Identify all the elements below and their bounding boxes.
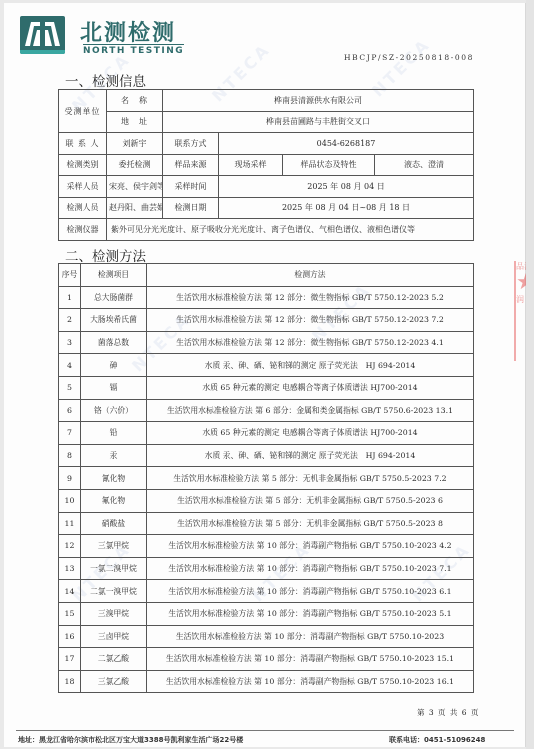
row-method: 生活饮用水标准检验方法 第 6 部分：金属和类金属指标 GB/T 5750.6-… [147,399,474,422]
table-row: 15三溴甲烷生活饮用水标准检验方法 第 10 部分：消毒副产物指标 GB/T 5… [59,602,474,625]
category-label: 检测类别 [59,154,107,176]
contact-value: 刘新宇 [107,133,163,155]
company-name-en: NORTH TESTING [83,44,184,56]
row-method: 生活饮用水标准检验方法 第 5 部分：无机非金属指标 GB/T 5750.5-2… [147,489,474,512]
row-item: 硝酸盐 [81,512,147,535]
state-label: 样品状态及特性 [283,154,375,176]
row-method: 生活饮用水标准检验方法 第 5 部分：无机非金属指标 GB/T 5750.5-2… [147,512,474,535]
row-item: 砷 [81,354,147,377]
row-no: 12 [59,535,81,558]
row-no: 3 [59,331,81,354]
row-method: 生活饮用水标准检验方法 第 10 部分：消毒副产物指标 GB/T 5750.10… [147,648,474,671]
row-item: 二氯一溴甲烷 [81,580,147,603]
row-item: 大肠埃希氏菌 [81,309,147,332]
row-no: 2 [59,309,81,332]
row-no: 9 [59,467,81,490]
table-row: 2大肠埃希氏菌生活饮用水标准检验方法 第 12 部分：微生物指标 GB/T 57… [59,309,474,332]
info-table: 受测单位 名 称 桦南县清源供水有限公司 地 址 桦南县苗圃路与丰胜街交叉口 联… [58,89,474,241]
row-no: 10 [59,489,81,512]
table-row: 17二氯乙酸生活饮用水标准检验方法 第 10 部分：消毒副产物指标 GB/T 5… [59,648,474,671]
row-no: 8 [59,444,81,467]
row-item: 三卤甲烷 [81,625,147,648]
company-name-cn: 北测检测 [80,16,176,47]
table-header-row: 序号 检测项目 检测方法 [59,264,474,287]
report-page: NTECA NTECA NTECA NTECA NTECA NTECA NTEC… [4,3,526,747]
report-number: HBCJP/SZ-20250818-008 [344,53,474,62]
table-row: 10氟化物生活饮用水标准检验方法 第 5 部分：无机非金属指标 GB/T 575… [59,489,474,512]
section-title-methods: 二、检测方法 [65,245,146,265]
table-row: 11硝酸盐生活饮用水标准检验方法 第 5 部分：无机非金属指标 GB/T 575… [59,512,474,535]
row-no: 13 [59,557,81,580]
row-method: 水质 汞、砷、硒、铋和锑的测定 原子荧光法 HJ 694-2014 [147,354,474,377]
section-title-info: 一、检测信息 [65,70,146,90]
row-method: 水质 65 种元素的测定 电感耦合等离子体质谱法 HJ700-2014 [147,376,474,399]
address-value: 桦南县苗圃路与丰胜街交叉口 [163,111,474,133]
phone-label: 联系方式 [163,133,219,155]
row-item: 氟化物 [81,489,147,512]
contact-label: 联 系 人 [59,133,107,155]
table-row: 14二氯一溴甲烷生活饮用水标准检验方法 第 10 部分：消毒副产物指标 GB/T… [59,580,474,603]
row-item: 三溴甲烷 [81,602,147,625]
row-no: 4 [59,354,81,377]
table-row: 5镉水质 65 种元素的测定 电感耦合等离子体质谱法 HJ700-2014 [59,376,474,399]
row-method: 生活饮用水标准检验方法 第 10 部分：消毒副产物指标 GB/T 5750.10… [147,557,474,580]
sampler-label: 采样人员 [59,176,107,198]
row-method: 生活饮用水标准检验方法 第 10 部分：消毒副产物指标 GB/T 5750.10… [147,602,474,625]
row-method: 生活饮用水标准检验方法 第 12 部分：微生物指标 GB/T 5750.12-2… [147,286,474,309]
table-row: 12三氯甲烷生活饮用水标准检验方法 第 10 部分：消毒副产物指标 GB/T 5… [59,535,474,558]
row-method: 生活饮用水标准检验方法 第 10 部分：消毒副产物指标 GB/T 5750.10… [147,535,474,558]
row-no: 6 [59,399,81,422]
row-item: 铅 [81,422,147,445]
table-row: 9氰化物生活饮用水标准检验方法 第 5 部分：无机非金属指标 GB/T 5750… [59,467,474,490]
tester-label: 检测人员 [59,197,107,219]
row-no: 7 [59,422,81,445]
table-row: 检测仪器 紫外可见分光光度计、原子吸收分光光度计、离子色谱仪、气相色谱仪、液相色… [59,219,474,241]
row-no: 14 [59,580,81,603]
table-row: 7铅水质 65 种元素的测定 电感耦合等离子体质谱法 HJ700-2014 [59,422,474,445]
footer-phone: 联系电话：0451-51096248 [389,735,485,745]
row-method: 生活饮用水标准检验方法 第 12 部分：微生物指标 GB/T 5750.12-2… [147,331,474,354]
source-label: 样品来源 [163,154,219,176]
row-item: 二氯乙酸 [81,648,147,671]
sample-time-label: 采样时间 [163,176,219,198]
sampler-value: 宋亮、侯宇剑等 [107,176,163,198]
address-label: 地 址 [107,111,163,133]
row-method: 生活饮用水标准检验方法 第 10 部分：消毒副产物指标 GB/T 5750.10… [147,670,474,693]
sample-time-value: 2025 年 08 月 04 日 [219,176,474,198]
table-row: 采样人员 宋亮、侯宇剑等 采样时间 2025 年 08 月 04 日 [59,176,474,198]
table-row: 6铬（六价）生活饮用水标准检验方法 第 6 部分：金属和类金属指标 GB/T 5… [59,399,474,422]
table-row: 联 系 人 刘新宇 联系方式 0454-6268187 [59,133,474,155]
table-row: 16三卤甲烷生活饮用水标准检验方法 第 10 部分：消毒副产物指标 GB/T 5… [59,625,474,648]
table-row: 地 址 桦南县苗圃路与丰胜街交叉口 [59,111,474,133]
name-value: 桦南县清源供水有限公司 [163,90,474,112]
row-item: 一氯二溴甲烷 [81,557,147,580]
row-no: 1 [59,286,81,309]
table-row: 13一氯二溴甲烷生活饮用水标准检验方法 第 10 部分：消毒副产物指标 GB/T… [59,557,474,580]
table-row: 检测人员 赵丹阳、曲芸婿等 检测日期 2025 年 08 月 04 日~08 月… [59,197,474,219]
instrument-value: 紫外可见分光光度计、原子吸收分光光度计、离子色谱仪、气相色谱仪、液相色谱仪等 [107,219,474,241]
client-unit-label: 受测单位 [59,90,107,133]
row-item: 氰化物 [81,467,147,490]
row-item: 三氯乙酸 [81,670,147,693]
row-method: 生活饮用水标准检验方法 第 10 部分：消毒副产物指标 GB/T 5750.10… [147,580,474,603]
row-no: 16 [59,625,81,648]
table-row: 检测类别 委托检测 样品来源 现场采样 样品状态及特性 液态、澄清 [59,154,474,176]
row-item: 镉 [81,376,147,399]
source-value: 现场采样 [219,154,283,176]
row-method: 生活饮用水标准检验方法 第 12 部分：微生物指标 GB/T 5750.12-2… [147,309,474,332]
footer-divider [16,730,514,731]
category-value: 委托检测 [107,154,163,176]
row-item: 三氯甲烷 [81,535,147,558]
footer-address: 地址：黑龙江省哈尔滨市松北区万宝大道3388号凯利家生活广场22号楼 [18,735,243,745]
table-row: 受测单位 名 称 桦南县清源供水有限公司 [59,90,474,112]
table-row: 8汞水质 汞、砷、硒、铋和锑的测定 原子荧光法 HJ 694-2014 [59,444,474,467]
row-no: 18 [59,670,81,693]
column-header-item: 检测项目 [81,264,147,287]
column-header-no: 序号 [59,264,81,287]
phone-value: 0454-6268187 [219,133,474,155]
company-logo-icon [20,16,65,54]
table-row: 4砷水质 汞、砷、硒、铋和锑的测定 原子荧光法 HJ 694-2014 [59,354,474,377]
name-label: 名 称 [107,90,163,112]
test-date-label: 检测日期 [163,197,219,219]
state-value: 液态、澄清 [375,154,474,176]
row-item: 铬（六价） [81,399,147,422]
row-no: 11 [59,512,81,535]
instrument-label: 检测仪器 [59,219,107,241]
row-item: 总大肠菌群 [81,286,147,309]
row-item: 菌落总数 [81,331,147,354]
row-method: 生活饮用水标准检验方法 第 10 部分：消毒副产物指标 GB/T 5750.10… [147,625,474,648]
row-item: 汞 [81,444,147,467]
table-row: 1总大肠菌群生活饮用水标准检验方法 第 12 部分：微生物指标 GB/T 575… [59,286,474,309]
row-method: 水质 汞、砷、硒、铋和锑的测定 原子荧光法 HJ 694-2014 [147,444,474,467]
row-no: 15 [59,602,81,625]
table-row: 3菌落总数生活饮用水标准检验方法 第 12 部分：微生物指标 GB/T 5750… [59,331,474,354]
column-header-method: 检测方法 [147,264,474,287]
row-no: 5 [59,376,81,399]
tester-value: 赵丹阳、曲芸婿等 [107,197,163,219]
test-date-value: 2025 年 08 月 04 日~08 月 18 日 [219,197,474,219]
row-no: 17 [59,648,81,671]
methods-table: 序号 检测项目 检测方法 1总大肠菌群生活饮用水标准检验方法 第 12 部分：微… [58,263,474,693]
page-number: 第 3 页 共 6 页 [417,707,479,718]
row-method: 水质 65 种元素的测定 电感耦合等离子体质谱法 HJ700-2014 [147,422,474,445]
viewer-scrollbar[interactable] [526,0,534,749]
table-row: 18三氯乙酸生活饮用水标准检验方法 第 10 部分：消毒副产物指标 GB/T 5… [59,670,474,693]
row-method: 生活饮用水标准检验方法 第 5 部分：无机非金属指标 GB/T 5750.5-2… [147,467,474,490]
